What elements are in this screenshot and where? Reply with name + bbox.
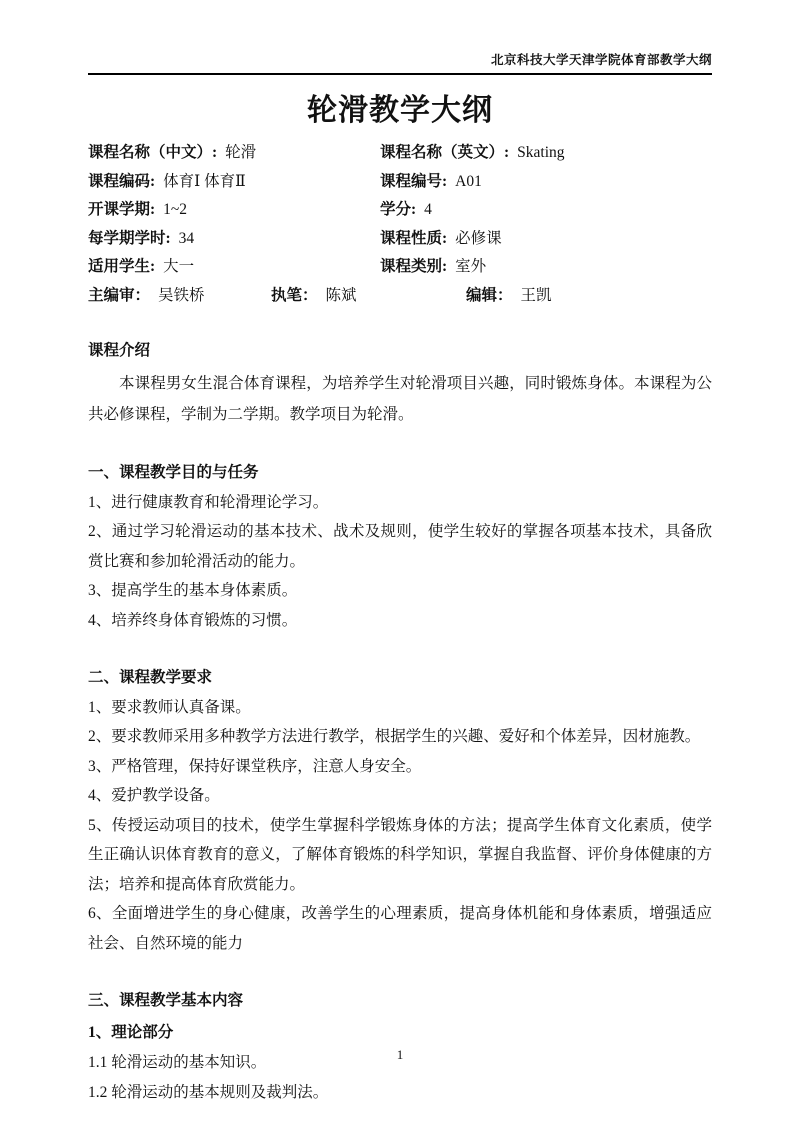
field-label: 课程名称（中文）: <box>88 139 217 168</box>
section-2-heading: 二、课程教学要求 <box>88 663 712 693</box>
field-value: 王凯 <box>521 282 552 311</box>
field-credits: 学分: 4 <box>380 196 712 225</box>
field-label: 执笔： <box>271 282 318 311</box>
field-value: 吴铁桥 <box>158 282 205 311</box>
field-course-code: 课程编码: 体育Ⅰ 体育Ⅱ <box>88 168 380 197</box>
field-chief-editor: 主编审： 吴铁桥 <box>88 282 271 311</box>
course-info-row: 每学期学时: 34 课程性质: 必修课 <box>88 225 712 254</box>
intro-heading: 课程介绍 <box>88 336 712 366</box>
field-label: 课程性质: <box>380 225 447 254</box>
field-value: 轮滑 <box>225 139 256 168</box>
list-item: 3、严格管理，保持好课堂秩序，注意人身安全。 <box>88 752 712 782</box>
course-info-row: 课程编码: 体育Ⅰ 体育Ⅱ 课程编号: A01 <box>88 168 712 197</box>
field-course-nature: 课程性质: 必修课 <box>380 225 712 254</box>
field-writer: 执笔： 陈斌 <box>271 282 466 311</box>
field-course-number: 课程编号: A01 <box>380 168 712 197</box>
field-value: 34 <box>179 225 195 254</box>
field-value: 4 <box>424 196 432 225</box>
field-value: 必修课 <box>455 225 502 254</box>
field-course-name-cn: 课程名称（中文）: 轮滑 <box>88 139 380 168</box>
field-value: Skating <box>517 139 564 168</box>
header-text: 北京科技大学天津学院体育部教学大纲 <box>88 50 712 68</box>
document-header: 北京科技大学天津学院体育部教学大纲 <box>88 0 712 75</box>
field-course-category: 课程类别: 室外 <box>380 253 712 282</box>
field-hours: 每学期学时: 34 <box>88 225 380 254</box>
field-label: 每学期学时: <box>88 225 171 254</box>
field-label: 适用学生: <box>88 253 155 282</box>
course-info-grid: 课程名称（中文）: 轮滑 课程名称（英文）: Skating 课程编码: 体育Ⅰ… <box>88 139 712 311</box>
section-1-heading: 一、课程教学目的与任务 <box>88 458 712 488</box>
field-target-students: 适用学生: 大一 <box>88 253 380 282</box>
field-label: 学分: <box>380 196 416 225</box>
page-number: 1 <box>0 1047 800 1063</box>
list-item: 3、提高学生的基本身体素质。 <box>88 576 712 606</box>
field-label: 课程名称（英文）: <box>380 139 509 168</box>
course-info-row: 主编审： 吴铁桥 执笔： 陈斌 编辑： 王凯 <box>88 282 712 311</box>
field-value: 体育Ⅰ 体育Ⅱ <box>163 168 246 197</box>
field-label: 课程编号: <box>380 168 447 197</box>
field-course-name-en: 课程名称（英文）: Skating <box>380 139 712 168</box>
section-2-items: 1、要求教师认真备课。 2、要求教师采用多种教学方法进行教学，根据学生的兴趣、爱… <box>88 693 712 959</box>
field-editor: 编辑： 王凯 <box>466 282 712 311</box>
field-value: 1~2 <box>163 196 187 225</box>
section-3-heading: 三、课程教学基本内容 <box>88 986 712 1016</box>
section-1-items: 1、进行健康教育和轮滑理论学习。 2、通过学习轮滑运动的基本技术、战术及规则，使… <box>88 488 712 636</box>
page-title: 轮滑教学大纲 <box>88 85 712 129</box>
list-item: 4、爱护教学设备。 <box>88 781 712 811</box>
field-label: 课程类别: <box>380 253 447 282</box>
field-label: 编辑： <box>466 282 513 311</box>
field-value: 大一 <box>163 253 194 282</box>
field-value: A01 <box>455 168 482 197</box>
intro-paragraph: 本课程男女生混合体育课程，为培养学生对轮滑项目兴趣，同时锻炼身体。本课程为公共必… <box>88 368 712 430</box>
section-3-subheading: 1、理论部分 <box>88 1017 712 1048</box>
list-item: 5、传授运动项目的技术，使学生掌握科学锻炼身体的方法；提高学生体育文化素质，使学… <box>88 811 712 900</box>
list-item: 1、要求教师认真备课。 <box>88 693 712 723</box>
list-item: 1、进行健康教育和轮滑理论学习。 <box>88 488 712 518</box>
list-item: 2、通过学习轮滑运动的基本技术、战术及规则，使学生较好的掌握各项基本技术，具备欣… <box>88 517 712 576</box>
field-value: 陈斌 <box>326 282 357 311</box>
course-info-row: 课程名称（中文）: 轮滑 课程名称（英文）: Skating <box>88 139 712 168</box>
course-info-row: 开课学期: 1~2 学分: 4 <box>88 196 712 225</box>
document-content: 北京科技大学天津学院体育部教学大纲 轮滑教学大纲 课程名称（中文）: 轮滑 课程… <box>88 0 712 1109</box>
field-value: 室外 <box>455 253 486 282</box>
field-label: 课程编码: <box>88 168 155 197</box>
list-item: 1.2 轮滑运动的基本规则及裁判法。 <box>88 1078 712 1109</box>
course-info-row: 适用学生: 大一 课程类别: 室外 <box>88 253 712 282</box>
field-label: 主编审： <box>88 282 150 311</box>
document-page: 北京科技大学天津学院体育部教学大纲 轮滑教学大纲 课程名称（中文）: 轮滑 课程… <box>0 0 800 1131</box>
field-label: 开课学期: <box>88 196 155 225</box>
list-item: 6、全面增进学生的身心健康，改善学生的心理素质，提高身体机能和身体素质，增强适应… <box>88 899 712 958</box>
list-item: 4、培养终身体育锻炼的习惯。 <box>88 606 712 636</box>
list-item: 2、要求教师采用多种教学方法进行教学，根据学生的兴趣、爱好和个体差异，因材施教。 <box>88 722 712 752</box>
field-semester: 开课学期: 1~2 <box>88 196 380 225</box>
